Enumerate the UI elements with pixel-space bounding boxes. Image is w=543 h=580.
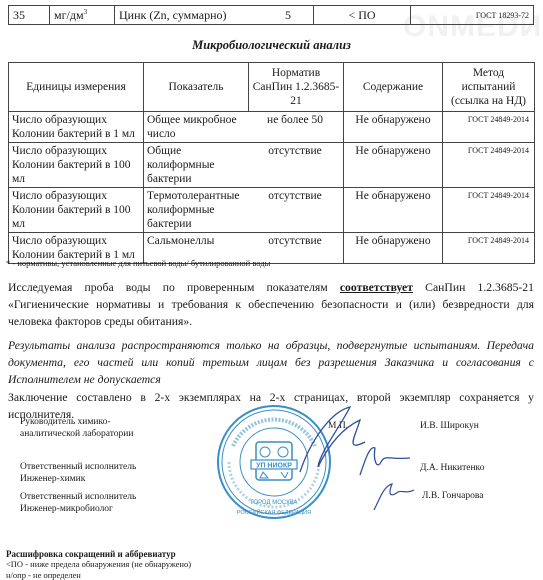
indicator-norm-pair: Общие колиформные бактерииотсутствие (147, 144, 340, 186)
method-cell: ГОСТ 24849-2014 (443, 112, 535, 143)
method-cell: ГОСТ 24849-2014 (443, 188, 535, 233)
unit-sup: 3 (84, 8, 88, 16)
result-cell: < ПО (314, 6, 411, 25)
table-row: Число образующих Колонии бактерий в 100 … (9, 188, 535, 233)
signature-role-2: Ответственный исполнитель Инженер-химик (20, 461, 140, 485)
header-method: Метод испытаний (ссылка на НД) (443, 63, 535, 112)
table-row: Число образующих Колонии бактерий в 1 мл… (9, 112, 535, 143)
row-number: 35 (9, 6, 50, 25)
norm-text: отсутствие (250, 189, 340, 231)
indicator-norm-pair: Термотолерантные колиформные бактерииотс… (147, 189, 340, 231)
signature-name-3: Л.В. Гончарова (422, 490, 483, 502)
norm-text: не более 50 (250, 113, 340, 141)
indicator-norm-cell: Термотолерантные колиформные бактерииотс… (144, 188, 344, 233)
indicator-text: Общие колиформные бактерии (147, 144, 242, 186)
signature-scribble-2-icon (355, 440, 415, 480)
content-cell: Не обнаружено (344, 112, 443, 143)
svg-text:РОССИЙСКАЯ ФЕДЕРАЦИЯ: РОССИЙСКАЯ ФЕДЕРАЦИЯ (237, 508, 311, 516)
footnote: * - нормативы, установленные для питьево… (6, 258, 270, 268)
indicator-text: Цинк (Zn, суммарно) (119, 8, 227, 22)
signature-role-1: Руководитель химико-аналитической лабора… (20, 416, 170, 440)
content-cell: Не обнаружено (344, 188, 443, 233)
indicator-text: Сальмонеллы (147, 234, 242, 248)
unit-cell: Число образующих Колонии бактерий в 100 … (9, 188, 144, 233)
indicator-norm-cell: Общее микробное числоне более 50 (144, 112, 344, 143)
section-title: Микробиологический анализ (0, 38, 543, 53)
signature-scribble-3-icon (370, 478, 420, 514)
signature-name-2: Д.А. Никитенко (420, 462, 484, 474)
signature-name-1: И.В. Широкун (420, 420, 479, 432)
table-header-row: Единицы измерения Показатель Норматив Са… (9, 63, 535, 112)
indicator-text: Термотолерантные колиформные бактерии (147, 189, 242, 231)
norm-text: отсутствие (250, 144, 340, 186)
signature-role-3: Ответственный исполнитель Инженер-микроб… (20, 491, 150, 515)
disclaimer-paragraph: Результаты анализа распространяются толь… (8, 337, 534, 388)
indicator-norm-pair: Сальмонеллыотсутствие (147, 234, 340, 248)
indicator-norm-pair: Общее микробное числоне более 50 (147, 113, 340, 141)
table-row: 35 мг/дм3 Цинк (Zn, суммарно)5 < ПО ГОСТ… (9, 6, 534, 25)
unit-text: мг/дм (54, 8, 84, 22)
abbreviation-item-1: <ПО - ниже предела обнаружения (не обнар… (6, 559, 191, 570)
conclusion-text-a: Исследуемая проба воды по проверенным по… (8, 281, 340, 294)
indicator-norm-cell: Общие колиформные бактерииотсутствие (144, 143, 344, 188)
indicator-cell: Цинк (Zn, суммарно)5 (115, 6, 314, 25)
header-indicator: Показатель (144, 63, 249, 112)
svg-text:УП НИОКР: УП НИОКР (256, 463, 292, 470)
norm-text: 5 (285, 8, 291, 23)
unit-cell: Число образующих Колонии бактерий в 100 … (9, 143, 144, 188)
microbiology-table: Единицы измерения Показатель Норматив Са… (8, 62, 535, 264)
method-cell: ГОСТ 18293-72 (411, 6, 534, 25)
norm-text: отсутствие (250, 234, 340, 248)
header-content: Содержание (344, 63, 443, 112)
method-cell: ГОСТ 24849-2014 (443, 233, 535, 264)
conclusion-paragraph: Исследуемая проба воды по проверенным по… (8, 279, 534, 330)
unit-cell: мг/дм3 (50, 6, 115, 25)
method-cell: ГОСТ 24849-2014 (443, 143, 535, 188)
header-norm: Норматив СанПин 1.2.3685-21 (249, 63, 344, 112)
abbreviation-item-2: н/опр - не определен (6, 570, 81, 580)
table-row: Число образующих Колонии бактерий в 100 … (9, 143, 535, 188)
conclusion-emphasis: соответствует (340, 281, 413, 294)
unit-cell: Число образующих Колонии бактерий в 1 мл (9, 112, 144, 143)
content-cell: Не обнаружено (344, 143, 443, 188)
chemical-table-last-row: 35 мг/дм3 Цинк (Zn, суммарно)5 < ПО ГОСТ… (8, 5, 534, 25)
header-unit: Единицы измерения (9, 63, 144, 112)
content-cell: Не обнаружено (344, 233, 443, 264)
indicator-text: Общее микробное число (147, 113, 242, 141)
